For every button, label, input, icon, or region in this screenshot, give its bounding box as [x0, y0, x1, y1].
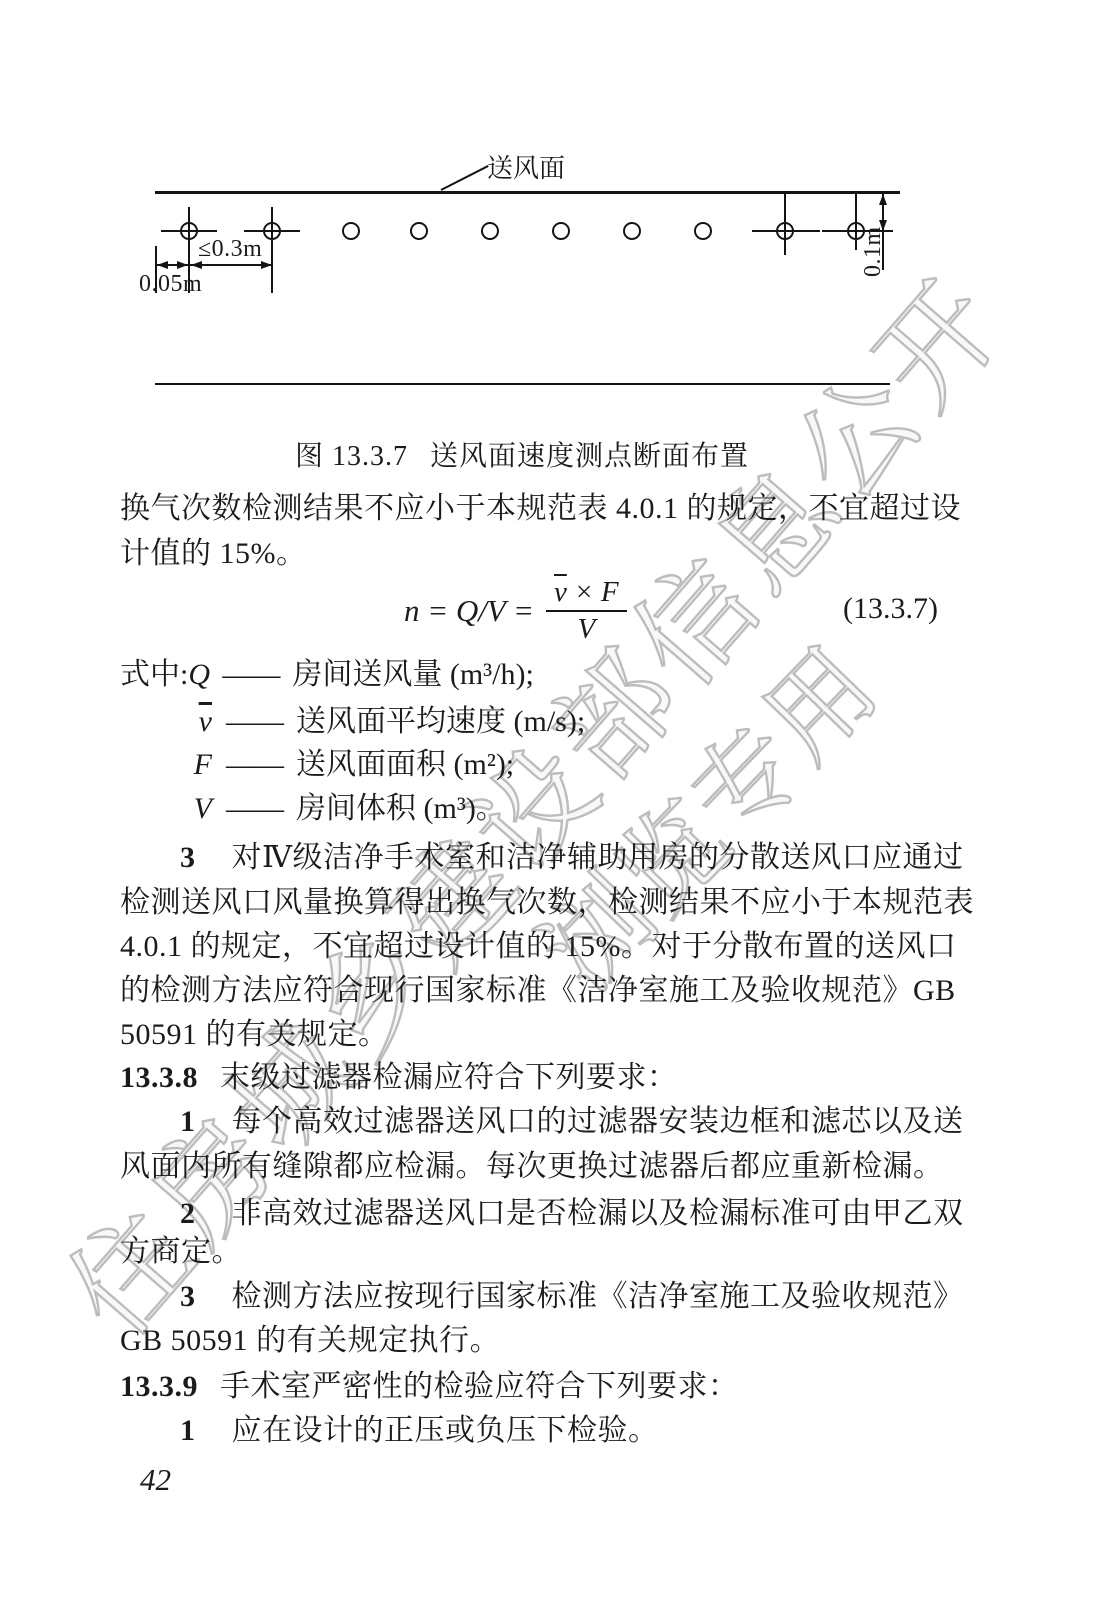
var-symbol: Q [188, 658, 208, 692]
where-row: 式中:Q——房间送风量 (m³/h); [120, 658, 534, 692]
crosshair-v [784, 193, 786, 255]
clause-line: 50591 的有关规定。 [120, 1018, 950, 1052]
figure-caption: 图 13.3.7送风面速度测点断面布置 [0, 434, 1044, 474]
var-description: 房间送风量 (m³/h); [292, 658, 533, 691]
dash: —— [226, 748, 282, 781]
equation-13-3-7: n = Q/V = v × F V [404, 576, 627, 646]
dim-arrow [177, 261, 188, 269]
equation-fraction: v × F V [546, 577, 627, 645]
body-line: 计值的 15%。 [120, 537, 950, 571]
clause-line: 4.0.1 的规定，不宜超过设计值的 15%。对于分散布置的送风口 [120, 930, 950, 964]
section-number: 13.3.9 [120, 1370, 198, 1404]
clause-line: 3对Ⅳ级洁净手术室和洁净辅助用房的分散送风口应通过 [120, 841, 950, 875]
spacing-dim-label: ≤0.3m [198, 236, 262, 263]
measure-point [481, 222, 499, 240]
clause-line: 的检测方法应符合现行国家标准《洁净室施工及验收规范》GB [120, 974, 950, 1008]
clause-line: GB 50591 的有关规定执行。 [120, 1324, 950, 1358]
where-intro: 式中: [120, 658, 188, 691]
supply-face-label: 送风面 [487, 148, 565, 185]
supply-face-line [155, 191, 900, 194]
leader-line [441, 165, 489, 191]
var-description: 房间体积 (m³)。 [296, 792, 506, 825]
crosshair-v [271, 207, 273, 293]
var-symbol: v [120, 705, 212, 739]
body-line: 换气次数检测结果不应小于本规范表 4.0.1 的规定，不宜超过设 [120, 492, 950, 526]
var-symbol: F [120, 748, 212, 782]
edge-dim-label: 0.05m [139, 271, 202, 298]
page-number: 42 [140, 1462, 171, 1498]
measure-point [694, 222, 712, 240]
var-description: 送风面平均速度 (m/s); [296, 705, 585, 738]
equation-lhs: n = Q/V = [404, 593, 534, 629]
measure-point [410, 222, 428, 240]
clause-line: 风面内所有缝隙都应检漏。每次更换过滤器后都应重新检漏。 [120, 1150, 950, 1184]
clause-line: 1每个高效过滤器送风口的过滤器安装边框和滤芯以及送 [120, 1105, 950, 1139]
figure-caption-title: 送风面速度测点断面布置 [430, 441, 749, 472]
var-description: 送风面面积 (m²); [296, 748, 514, 781]
measure-point [342, 222, 360, 240]
dash: —— [226, 705, 282, 738]
where-row: F——送风面面积 (m²); [120, 748, 514, 782]
measure-point [552, 222, 570, 240]
clause-line: 1应在设计的正压或负压下检验。 [120, 1414, 950, 1448]
clause-line: 2非高效过滤器送风口是否检漏以及检漏标准可由甲乙双 [120, 1197, 950, 1231]
fraction-numerator: v × F [546, 577, 627, 612]
measure-point [623, 222, 641, 240]
depth-dim-label: 0.1m [860, 226, 887, 277]
dimension-line [156, 264, 273, 266]
dim-arrow [879, 194, 887, 205]
where-row: v——送风面平均速度 (m/s); [120, 705, 585, 739]
dim-arrow [261, 261, 272, 269]
document-page: 住房城乡建设部信息公开 浏览专用 送风面 ≤0.3m [0, 0, 1103, 1598]
diagram-bottom-line [155, 383, 890, 385]
dash: —— [226, 792, 282, 825]
item-number: 1 [180, 1414, 196, 1448]
where-row: V——房间体积 (m³)。 [120, 792, 506, 826]
section-heading-13-3-8: 13.3.8末级过滤器检漏应符合下列要求： [120, 1061, 950, 1095]
dim-arrow [157, 261, 168, 269]
dash: —— [222, 658, 278, 691]
crosshair-v [855, 193, 857, 250]
item-number: 3 [180, 1280, 196, 1314]
fraction-denominator: V [577, 612, 595, 645]
item-number: 1 [180, 1105, 196, 1139]
section-heading-13-3-9: 13.3.9手术室严密性的检验应符合下列要求： [120, 1370, 950, 1404]
clause-line: 检测送风口风量换算得出换气次数，检测结果不应小于本规范表 [120, 886, 950, 920]
var-symbol: V [120, 792, 212, 826]
item-number: 2 [180, 1197, 196, 1231]
figure-caption-number: 图 13.3.7 [295, 441, 408, 472]
clause-line: 方商定。 [120, 1235, 950, 1269]
section-number: 13.3.8 [120, 1061, 198, 1095]
item-number: 3 [180, 841, 196, 875]
clause-line: 3检测方法应按现行国家标准《洁净室施工及验收规范》 [120, 1280, 950, 1314]
equation-number: (13.3.7) [760, 592, 938, 626]
crosshair-h [752, 230, 820, 232]
